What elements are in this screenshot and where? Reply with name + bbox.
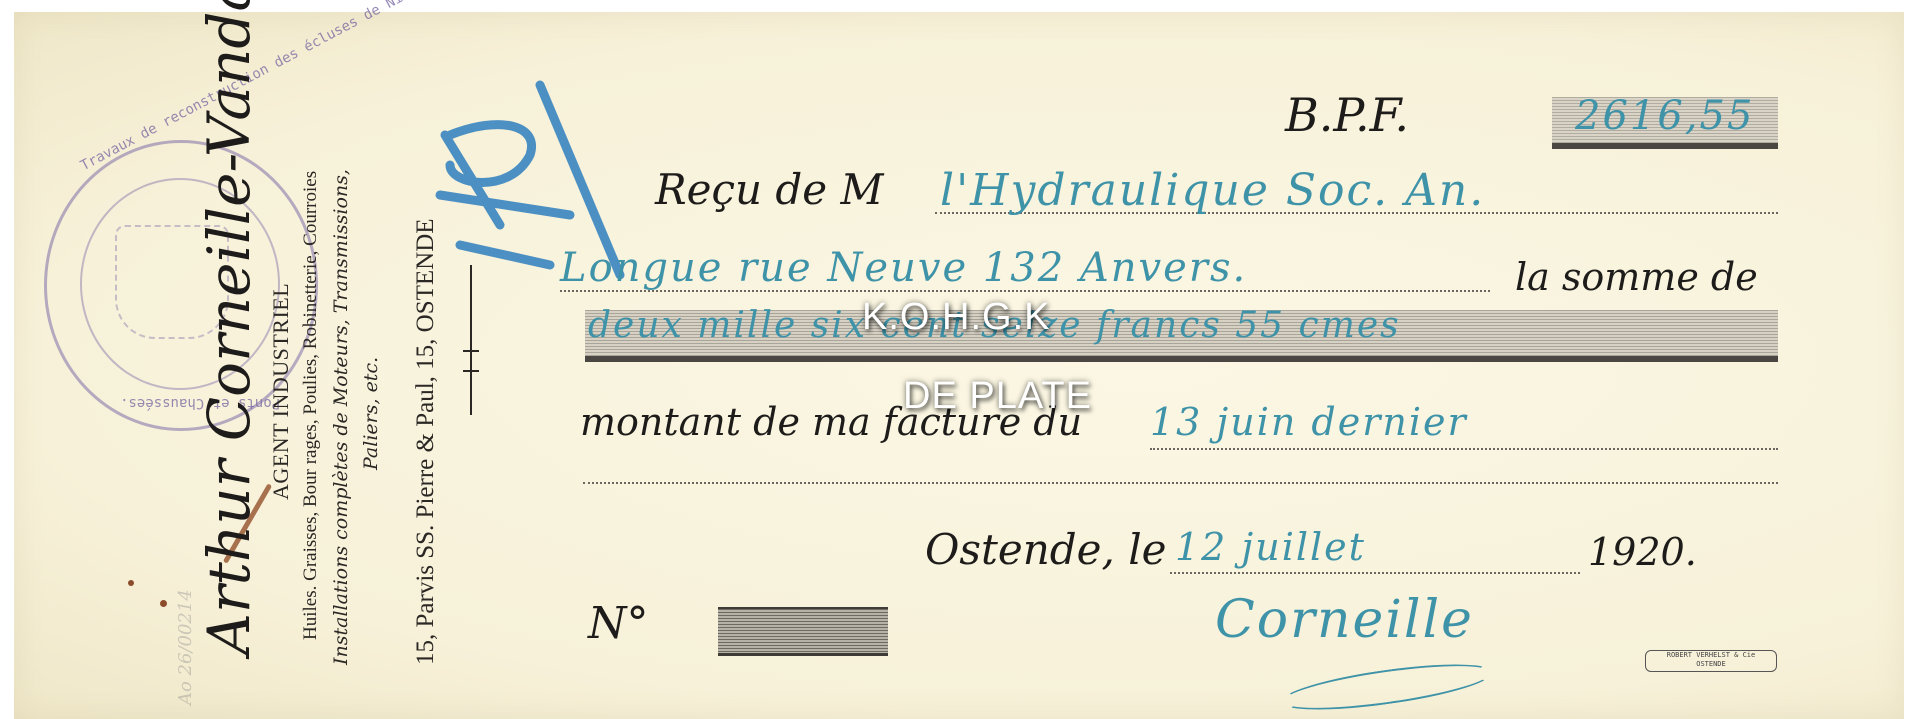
company-name: Arthur Corneille-Vandamme [195, 0, 263, 655]
company-title: AGENT INDUSTRIEL [268, 283, 294, 500]
sum-label: la somme de [1515, 255, 1758, 299]
printer-city: OSTENDE [1646, 660, 1776, 669]
receipt-year: 1920. [1588, 530, 1697, 574]
invoice-date: 13 juin dernier [1150, 400, 1468, 444]
stain-dot [160, 600, 167, 607]
receipt-date: 12 juillet [1175, 525, 1366, 569]
product-list: Huiles. Graisses, Bour rages, Poulies, R… [300, 171, 322, 640]
invoice-line [1150, 448, 1778, 450]
amount-value: 2616,55 [1575, 93, 1754, 139]
payer-name: l'Hydraulique Soc. An. [940, 165, 1485, 216]
signature: Corneille [1215, 590, 1474, 650]
currency-label: B.P.F. [1285, 88, 1409, 142]
printer-name: ROBERT VERHELST & Cie [1646, 651, 1776, 660]
watermark-line2: DE PLATE [903, 375, 1092, 418]
installation-services: Installations complètes de Moteurs, Tran… [330, 169, 352, 665]
place-label: Ostende, le [925, 525, 1167, 574]
date-line [1170, 572, 1580, 574]
blank-line [583, 482, 1778, 484]
received-from-label: Reçu de M [655, 165, 884, 214]
printer-mark: ROBERT VERHELST & Cie OSTENDE [1645, 650, 1777, 672]
installation-services-cont: Paliers, etc. [360, 357, 382, 470]
number-field [718, 607, 888, 656]
payer-address: Longue rue Neuve 132 Anvers. [560, 245, 1247, 291]
watermark-line1: K.O.H.G.K [862, 296, 1050, 339]
stain-dot [128, 580, 134, 586]
archive-reference: Ao 26/00214 [175, 589, 196, 705]
number-label: N° [588, 598, 649, 649]
ornament-icon [463, 350, 479, 372]
